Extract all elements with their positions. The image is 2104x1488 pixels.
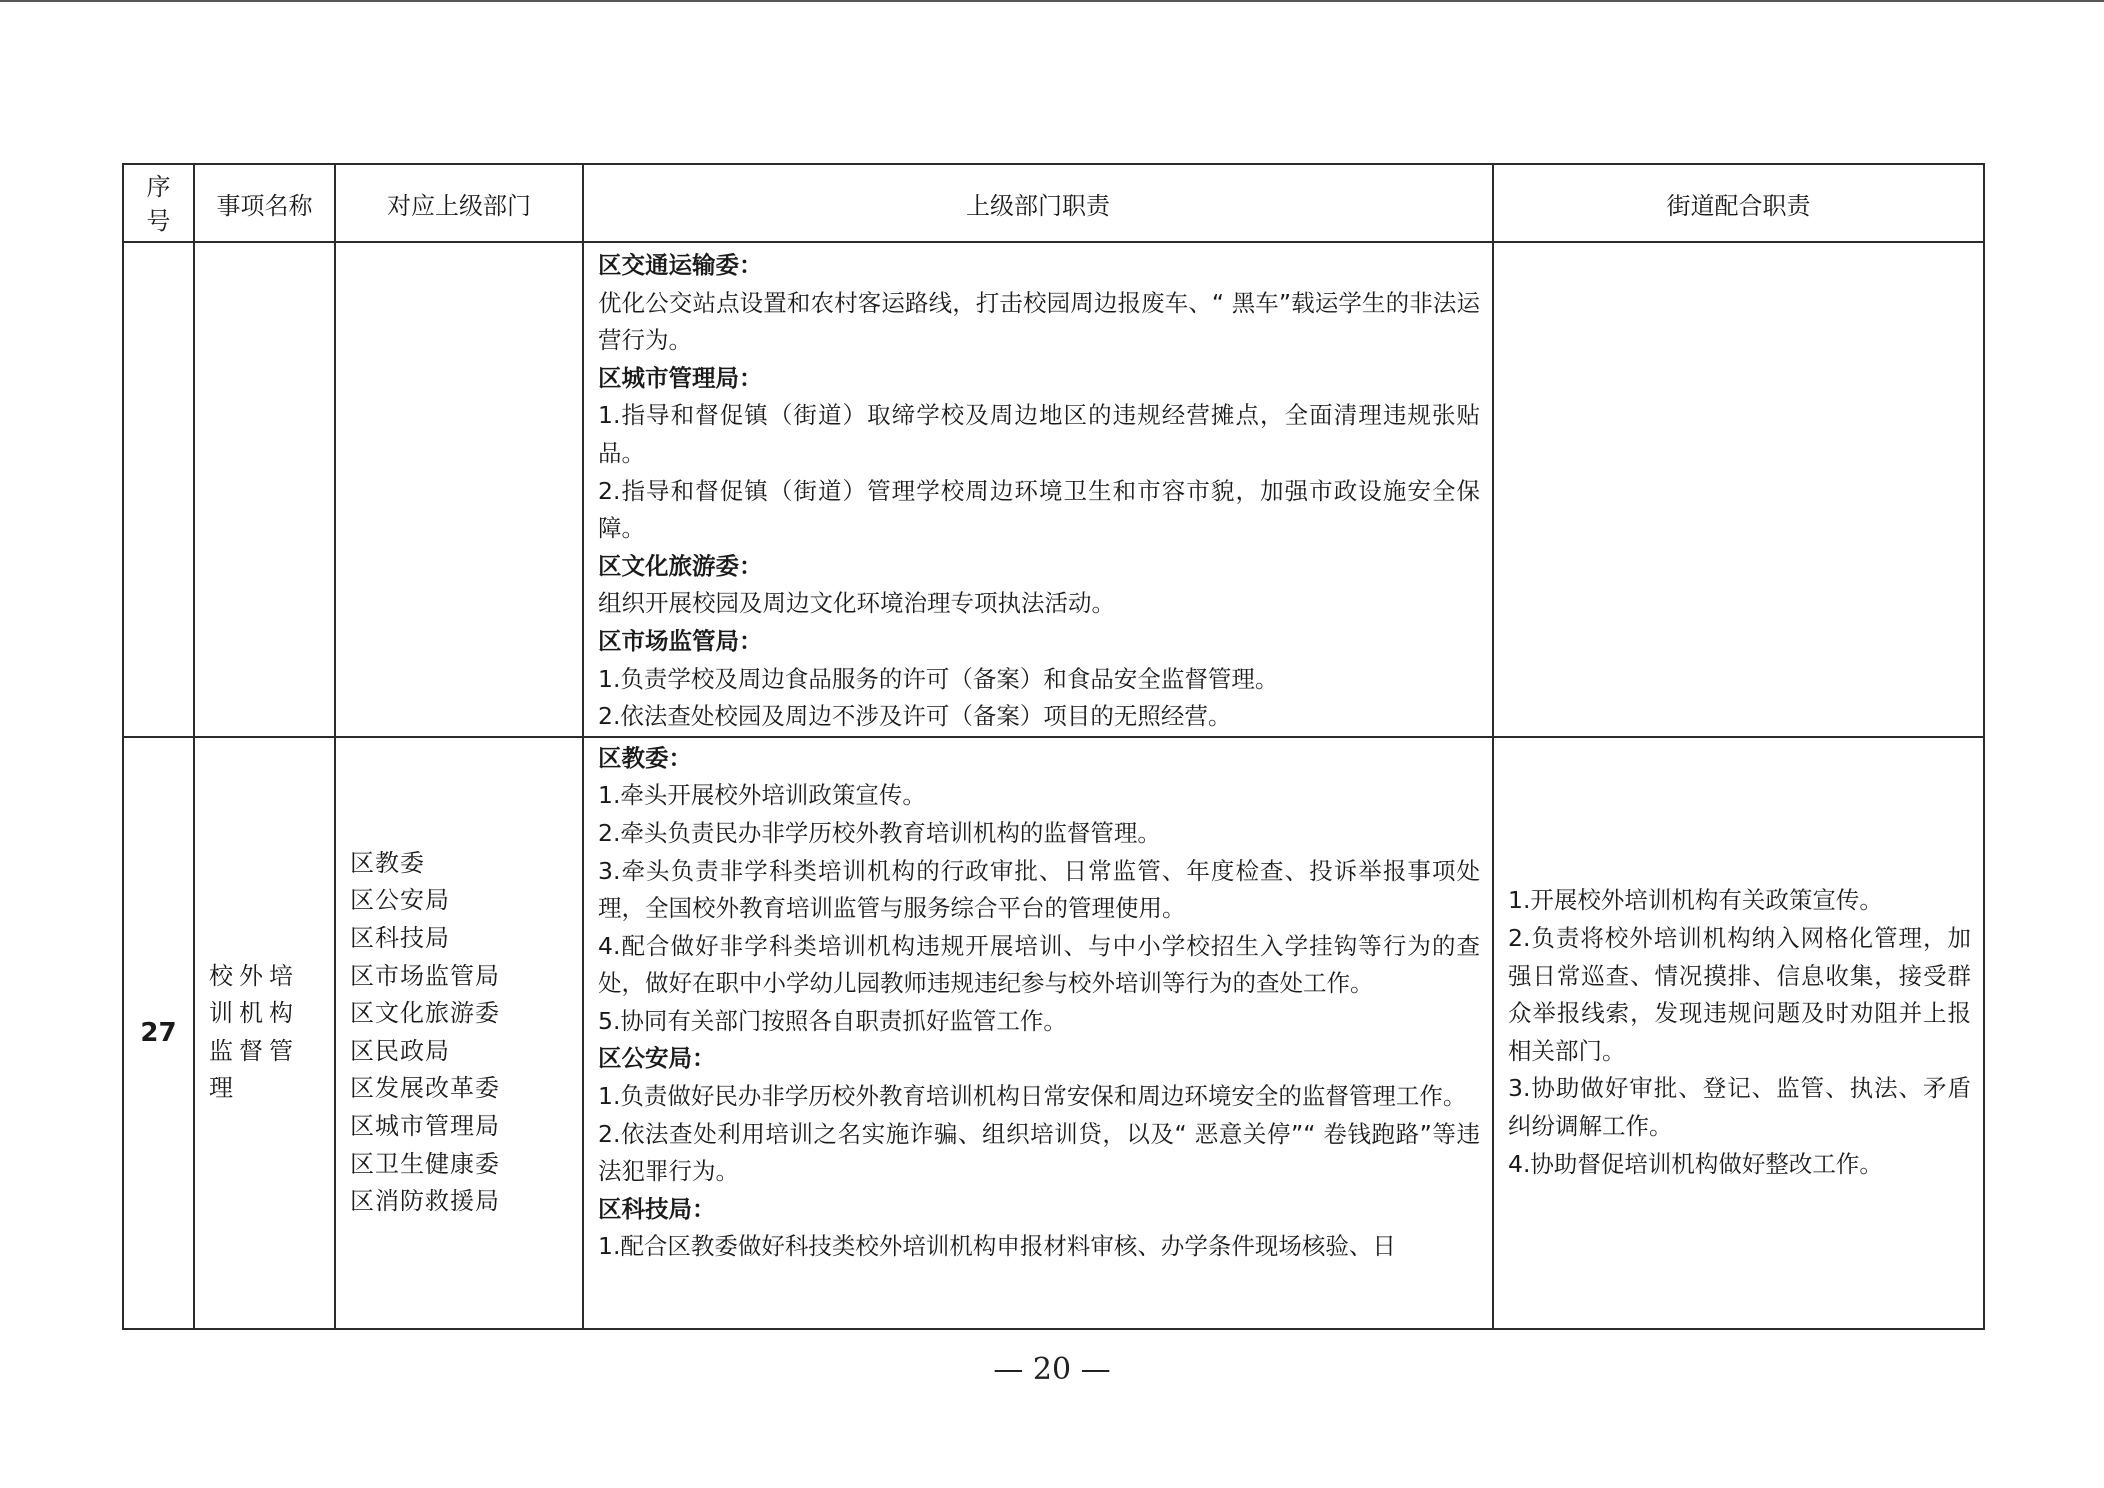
header-seq: 序 号	[123, 164, 194, 242]
page-top-edge	[0, 0, 2104, 2]
table-row-27: 27 校外培训机构监督管理 区教委 区公安局 区科技局 区市场监管局 区文化旅游…	[123, 737, 1984, 1329]
dept-list-item: 区公安局	[350, 882, 582, 920]
dept-list-item: 区市场监管局	[350, 958, 582, 996]
duty-line: 1.牵头开展校外培训政策宣传。	[598, 777, 1480, 815]
dept-list-item: 区科技局	[350, 920, 582, 958]
dept-list-item: 区发展改革委	[350, 1070, 582, 1108]
header-superior-dept: 对应上级部门	[335, 164, 583, 242]
header-street-duty: 街道配合职责	[1493, 164, 1984, 242]
page-number: — 20 —	[0, 1352, 2104, 1387]
street-duty-cell: 1.开展校外培训机构有关政策宣传。 2.负责将校外培训机构纳入网格化管理，加强日…	[1493, 737, 1984, 1329]
dept-list-item: 区卫生健康委	[350, 1146, 582, 1184]
duty-line: 1.配合区教委做好科技类校外培训机构申报材料审核、办学条件现场核验、日	[598, 1228, 1480, 1266]
street-duty-line: 1.开展校外培训机构有关政策宣传。	[1508, 882, 1971, 920]
duty-line: 2.依法查处利用培训之名实施诈骗、组织培训贷，以及“ 恶意关停”“ 卷钱跑路”等…	[598, 1116, 1480, 1191]
table-header-row: 序 号 事项名称 对应上级部门 上级部门职责 街道配合职责	[123, 164, 1984, 242]
superior-dept-cell: 区教委 区公安局 区科技局 区市场监管局 区文化旅游委 区民政局 区发展改革委 …	[335, 737, 583, 1329]
item-name-cell: 校外培训机构监督管理	[194, 737, 335, 1329]
duty-table: 序 号 事项名称 对应上级部门 上级部门职责 街道配合职责 区交通运输委： 优化…	[122, 163, 1985, 1330]
header-seq-line1: 序	[124, 170, 193, 204]
header-seq-line2: 号	[124, 204, 193, 238]
duty-line: 1.指导和督促镇（街道）取缔学校及周边地区的违规经营摊点，全面清理违规张贴品。	[598, 397, 1480, 472]
duty-line: 区市场监管局：	[598, 623, 1480, 661]
dept-list-item: 区文化旅游委	[350, 995, 582, 1033]
dept-list-item: 区教委	[350, 845, 582, 883]
duty-line: 4.配合做好非学科类培训机构违规开展培训、与中小学校招生入学挂钩等行为的查处，做…	[598, 928, 1480, 1003]
duty-line: 区文化旅游委：	[598, 548, 1480, 586]
street-duty-line: 4.协助督促培训机构做好整改工作。	[1508, 1146, 1971, 1184]
duty-line: 1.负责做好民办非学历校外教育培训机构日常安保和周边环境安全的监督管理工作。	[598, 1078, 1480, 1116]
duty-line: 优化公交站点设置和农村客运路线，打击校园周边报废车、“ 黑车”载运学生的非法运营…	[598, 285, 1480, 360]
dept-list-item: 区民政局	[350, 1033, 582, 1071]
seq-cell: 27	[123, 737, 194, 1329]
header-item-name: 事项名称	[194, 164, 335, 242]
header-superior-duty: 上级部门职责	[583, 164, 1493, 242]
street-duty-line: 3.协助做好审批、登记、监管、执法、矛盾纠纷调解工作。	[1508, 1070, 1971, 1145]
duty-line: 区公安局：	[598, 1040, 1480, 1078]
duty-line: 2.牵头负责民办非学历校外教育培训机构的监督管理。	[598, 815, 1480, 853]
duty-line: 3.牵头负责非学科类培训机构的行政审批、日常监管、年度检查、投诉举报事项处理，全…	[598, 853, 1480, 928]
duty-line: 区城市管理局：	[598, 360, 1480, 398]
street-duty-cell	[1493, 242, 1984, 737]
duty-line: 组织开展校园及周边文化环境治理专项执法活动。	[598, 585, 1480, 623]
superior-duty-cell: 区交通运输委： 优化公交站点设置和农村客运路线，打击校园周边报废车、“ 黑车”载…	[583, 242, 1493, 737]
seq-cell	[123, 242, 194, 737]
table-row-continued: 区交通运输委： 优化公交站点设置和农村客运路线，打击校园周边报废车、“ 黑车”载…	[123, 242, 1984, 737]
superior-duty-cell: 区教委： 1.牵头开展校外培训政策宣传。 2.牵头负责民办非学历校外教育培训机构…	[583, 737, 1493, 1329]
superior-dept-cell	[335, 242, 583, 737]
dept-list-item: 区城市管理局	[350, 1108, 582, 1146]
duty-line: 5.协同有关部门按照各自职责抓好监管工作。	[598, 1003, 1480, 1041]
duty-line: 区交通运输委：	[598, 247, 1480, 285]
duty-line: 区科技局：	[598, 1191, 1480, 1229]
street-duty-line: 2.负责将校外培训机构纳入网格化管理，加强日常巡查、情况摸排、信息收集，接受群众…	[1508, 920, 1971, 1070]
duty-line: 区教委：	[598, 740, 1480, 778]
duty-line: 2.指导和督促镇（街道）管理学校周边环境卫生和市容市貌，加强市政设施安全保障。	[598, 473, 1480, 548]
duty-line: 1.负责学校及周边食品服务的许可（备案）和食品安全监督管理。	[598, 661, 1480, 699]
duty-line: 2.依法查处校园及周边不涉及许可（备案）项目的无照经营。	[598, 698, 1480, 736]
item-name-cell	[194, 242, 335, 737]
dept-list-item: 区消防救援局	[350, 1183, 582, 1221]
